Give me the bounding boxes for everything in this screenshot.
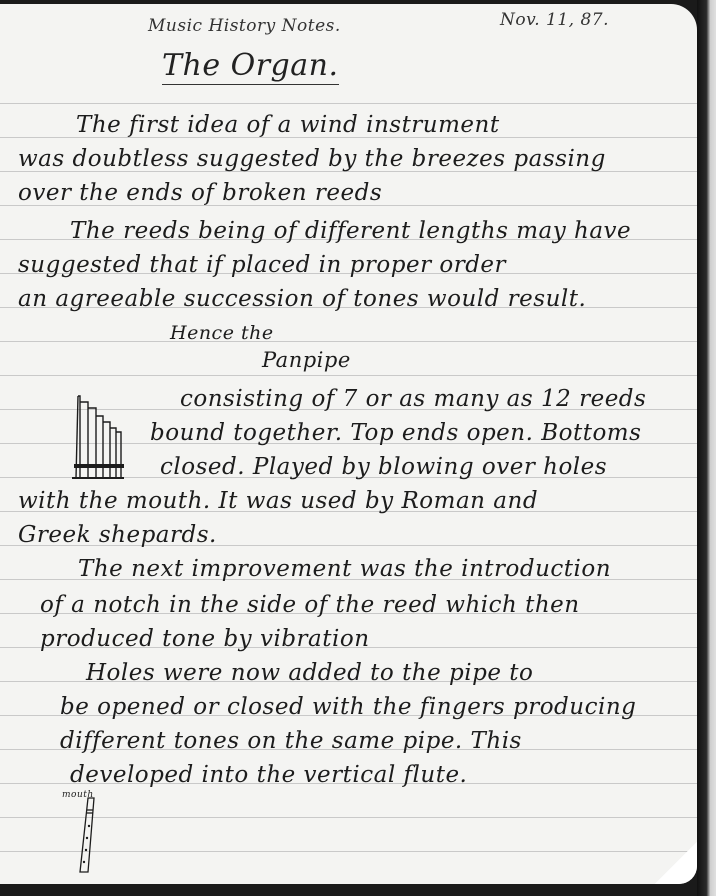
page-corner-curl — [655, 842, 697, 884]
text-line: produced tone by vibration — [40, 626, 370, 652]
text-line: Greek shepards. — [18, 522, 217, 548]
text-line: was doubtless suggested by the breezes p… — [18, 146, 606, 172]
section-heading-panpipe: Panpipe — [262, 348, 351, 372]
page-title: The Organ. — [162, 48, 339, 85]
text-line: suggested that if placed in proper order — [18, 252, 506, 278]
text-line: over the ends of broken reeds — [18, 180, 382, 206]
text-line: different tones on the same pipe. This — [60, 728, 522, 754]
ruled-line — [0, 851, 697, 852]
ruled-line — [0, 341, 697, 342]
text-line: The next improvement was the introductio… — [78, 556, 611, 582]
text-line: consisting of 7 or as many as 12 reeds — [180, 386, 646, 412]
text-line: The reeds being of different lengths may… — [70, 218, 631, 244]
text-line: developed into the vertical flute. — [70, 762, 467, 788]
notebook-cover-edge — [697, 0, 716, 896]
text-line: be opened or closed with the fingers pro… — [60, 694, 636, 720]
text-line: closed. Played by blowing over holes — [160, 454, 607, 480]
text-line: of a notch in the side of the reed which… — [40, 592, 580, 618]
text-line: The first idea of a wind instrument — [76, 112, 500, 138]
text-line: with the mouth. It was used by Roman and — [18, 488, 538, 514]
panpipe-sketch-icon — [70, 392, 130, 484]
ruled-line — [0, 103, 697, 104]
text-line: Holes were now added to the pipe to — [86, 660, 533, 686]
page-header-date: Nov. 11, 87. — [500, 10, 609, 30]
ruled-line — [0, 817, 697, 818]
ruled-line — [0, 375, 697, 376]
vertical-flute-sketch-icon — [78, 794, 102, 876]
text-line: Hence the — [170, 322, 274, 344]
notebook: Music History Notes. Nov. 11, 87. The Or… — [0, 0, 716, 896]
text-line: bound together. Top ends open. Bottoms — [150, 420, 641, 446]
notebook-page: Music History Notes. Nov. 11, 87. The Or… — [0, 4, 697, 884]
text-line: an agreeable succession of tones would r… — [18, 286, 586, 312]
page-header-subject: Music History Notes. — [148, 16, 341, 36]
